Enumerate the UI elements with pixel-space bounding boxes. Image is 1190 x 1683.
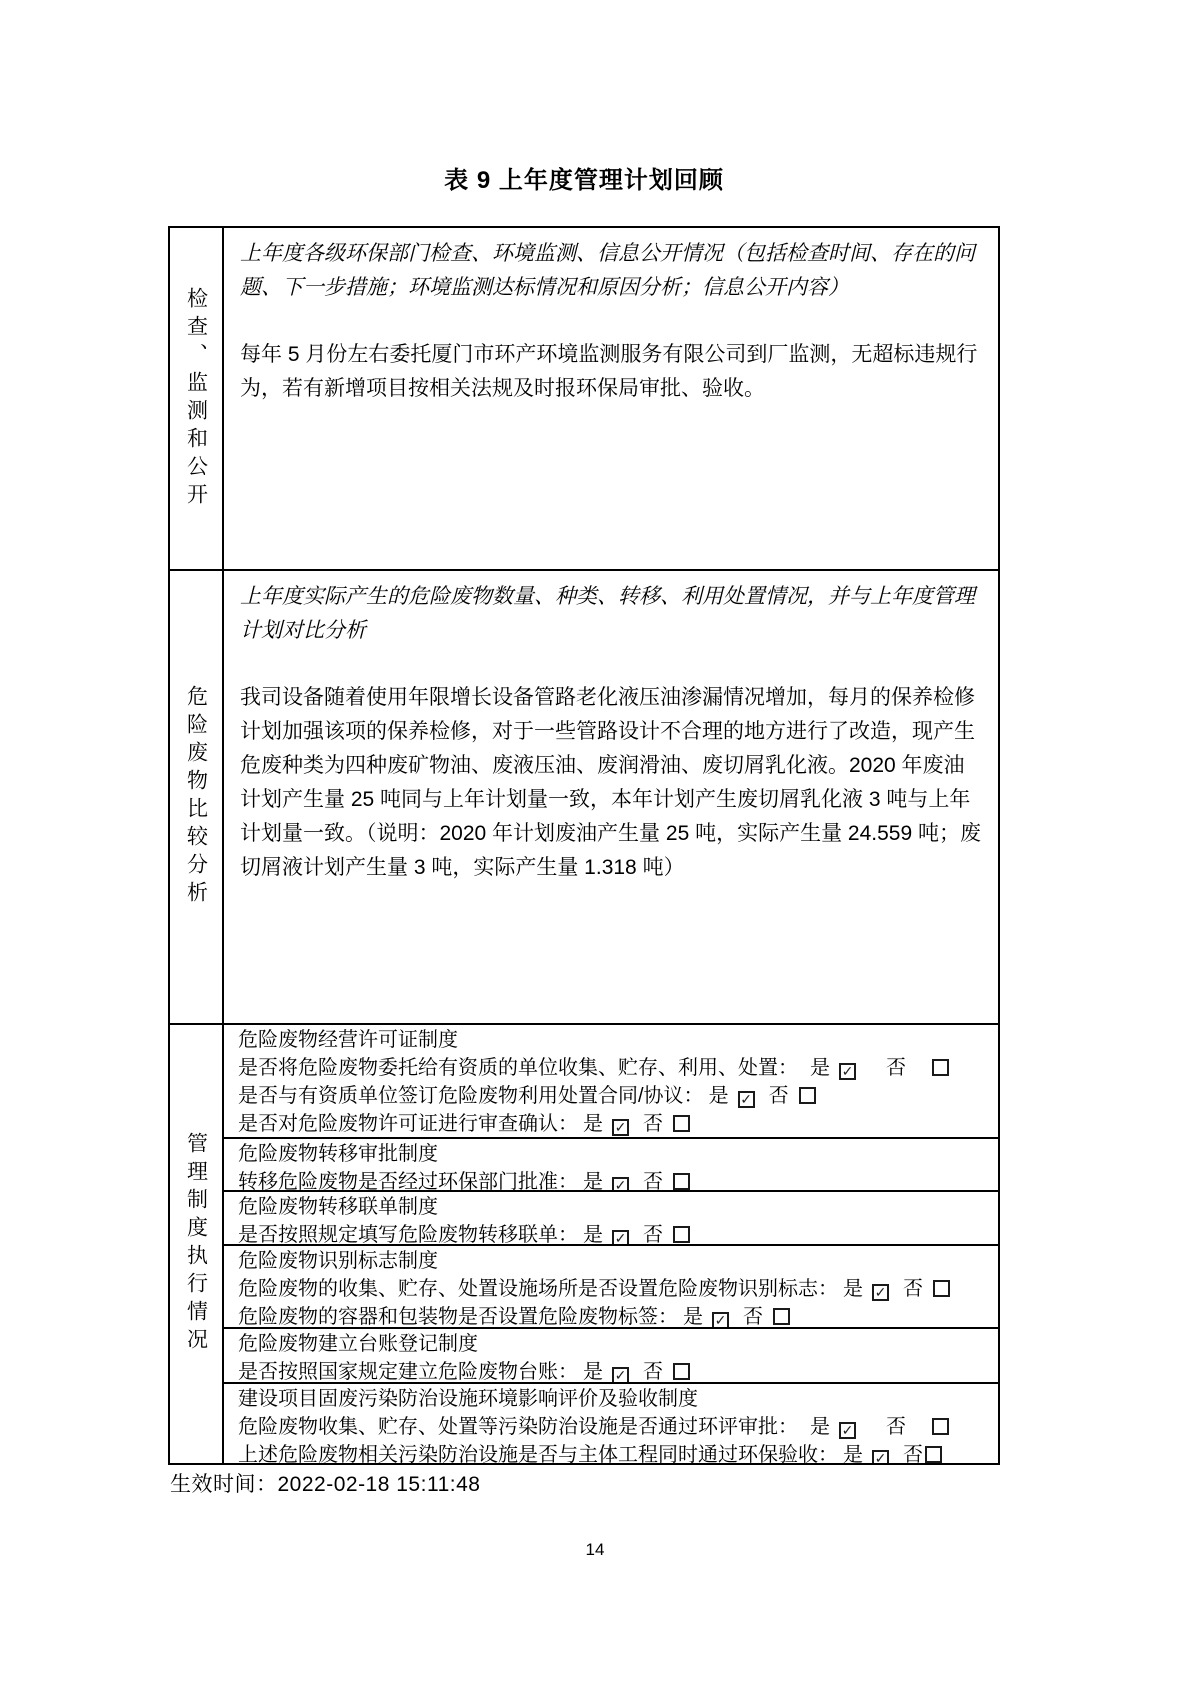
question-line: 危险废物收集、贮存、处置等污染防治设施是否通过环评审批：是✓否 <box>238 1413 984 1441</box>
question-line: 是否对危险废物许可证进行审查确认：是✓否 <box>238 1110 984 1137</box>
row-header-inspection: 检查、监测和公开 <box>170 228 224 569</box>
no-checkbox[interactable] <box>799 1087 816 1104</box>
yes-label: 是 <box>583 1361 603 1382</box>
yes-label: 是 <box>709 1085 729 1107</box>
no-label: 否 <box>643 1224 663 1244</box>
table-row-transfer-approval: 危险废物转移审批制度 转移危险废物是否经过环保部门批准：是✓否 <box>224 1137 998 1190</box>
prompt-text: 上年度实际产生的危险废物数量、种类、转移、利用处置情况，并与上年度管理计划对比分… <box>240 580 982 648</box>
yes-label: 是 <box>583 1224 603 1244</box>
question-text: 上述危险废物相关污染防治设施是否与主体工程同时通过环保验收： <box>238 1444 838 1463</box>
question-text: 是否按照规定填写危险废物转移联单： <box>238 1224 578 1244</box>
yes-label: 是 <box>583 1171 603 1190</box>
no-checkbox[interactable] <box>673 1115 690 1132</box>
yes-label: 是 <box>683 1306 703 1327</box>
yes-checkbox[interactable]: ✓ <box>612 1119 629 1136</box>
yes-checkbox[interactable]: ✓ <box>738 1091 755 1108</box>
table-row-eia-acceptance: 建设项目固废污染防治设施环境影响评价及验收制度 危险废物收集、贮存、处置等污染防… <box>224 1382 998 1463</box>
answer-text: 我司设备随着使用年限增长设备管路老化液压油渗漏情况增加，每月的保养检修计划加强该… <box>240 681 982 885</box>
no-label: 否 <box>886 1416 906 1438</box>
no-checkbox[interactable] <box>932 1059 949 1076</box>
yes-label: 是 <box>843 1444 863 1463</box>
no-label: 否 <box>903 1444 923 1463</box>
no-checkbox[interactable] <box>925 1446 942 1463</box>
subrow-title: 危险废物建立台账登记制度 <box>238 1330 984 1358</box>
row-header-label: 危险废物比较分析 <box>186 685 207 909</box>
table-row-identification-marks: 危险废物识别标志制度 危险废物的收集、贮存、处置设施场所是否设置危险废物识别标志… <box>224 1244 998 1327</box>
row-header-label: 检查、监测和公开 <box>186 287 207 511</box>
subrow-title: 危险废物转移联单制度 <box>238 1193 984 1221</box>
no-label: 否 <box>643 1171 663 1190</box>
page-number: 14 <box>0 1540 1190 1560</box>
question-line: 上述危险废物相关污染防治设施是否与主体工程同时通过环保验收：是✓否 <box>238 1441 984 1463</box>
question-text: 是否对危险废物许可证进行审查确认： <box>238 1113 578 1135</box>
table-row-systems: 管理制度执行情况 危险废物经营许可证制度 是否将危险废物委托给有资质的单位收集、… <box>170 1023 998 1463</box>
yes-checkbox[interactable]: ✓ <box>872 1450 889 1463</box>
question-line: 是否按照规定填写危险废物转移联单：是✓否 <box>238 1221 984 1244</box>
question-text: 是否与有资质单位签订危险废物利用处置合同/协议： <box>238 1085 704 1107</box>
question-text: 危险废物收集、贮存、处置等污染防治设施是否通过环评审批： <box>238 1416 798 1438</box>
question-text: 是否按照国家规定建立危险废物台账： <box>238 1361 578 1382</box>
prompt-text: 上年度各级环保部门检查、环境监测、信息公开情况（包括检查时间、存在的问题、下一步… <box>240 237 982 305</box>
yes-checkbox[interactable]: ✓ <box>612 1230 629 1244</box>
table-row-operating-license: 危险废物经营许可证制度 是否将危险废物委托给有资质的单位收集、贮存、利用、处置：… <box>224 1025 998 1137</box>
no-checkbox[interactable] <box>932 1418 949 1435</box>
question-line: 是否与有资质单位签订危险废物利用处置合同/协议：是✓否 <box>238 1082 984 1110</box>
row-content-comparison: 上年度实际产生的危险废物数量、种类、转移、利用处置情况，并与上年度管理计划对比分… <box>224 571 998 1023</box>
no-checkbox[interactable] <box>673 1363 690 1380</box>
no-checkbox[interactable] <box>773 1308 790 1325</box>
no-label: 否 <box>743 1306 763 1327</box>
no-label: 否 <box>643 1361 663 1382</box>
effective-time-label: 生效时间：2022-02-18 15:11:48 <box>170 1468 480 1498</box>
row-header-label: 管理制度执行情况 <box>186 1132 207 1356</box>
no-label: 否 <box>643 1113 663 1135</box>
yes-label: 是 <box>843 1278 863 1300</box>
no-checkbox[interactable] <box>673 1173 690 1190</box>
document-page: 表 9 上年度管理计划回顾 检查、监测和公开 上年度各级环保部门检查、环境监测、… <box>0 0 1190 1683</box>
management-plan-review-table: 检查、监测和公开 上年度各级环保部门检查、环境监测、信息公开情况（包括检查时间、… <box>168 226 1000 1465</box>
table-row-inspection: 检查、监测和公开 上年度各级环保部门检查、环境监测、信息公开情况（包括检查时间、… <box>170 228 998 569</box>
row-header-systems: 管理制度执行情况 <box>170 1025 224 1463</box>
answer-text: 每年 5 月份左右委托厦门市环产环境监测服务有限公司到厂监测，无超标违规行为，若… <box>240 338 982 406</box>
question-text: 危险废物的收集、贮存、处置设施场所是否设置危险废物识别标志： <box>238 1278 838 1300</box>
yes-checkbox[interactable]: ✓ <box>612 1177 629 1190</box>
yes-checkbox[interactable]: ✓ <box>839 1063 856 1080</box>
question-text: 危险废物的容器和包装物是否设置危险废物标签： <box>238 1306 678 1327</box>
yes-checkbox[interactable]: ✓ <box>712 1312 729 1327</box>
table-row-transfer-manifest: 危险废物转移联单制度 是否按照规定填写危险废物转移联单：是✓否 <box>224 1190 998 1244</box>
yes-checkbox[interactable]: ✓ <box>872 1284 889 1301</box>
no-checkbox[interactable] <box>673 1226 690 1243</box>
no-label: 否 <box>886 1057 906 1079</box>
table-row-comparison: 危险废物比较分析 上年度实际产生的危险废物数量、种类、转移、利用处置情况，并与上… <box>170 569 998 1023</box>
table-row-ledger-registration: 危险废物建立台账登记制度 是否按照国家规定建立危险废物台账：是✓否 <box>224 1327 998 1382</box>
question-text: 转移危险废物是否经过环保部门批准： <box>238 1171 578 1190</box>
question-line: 危险废物的收集、贮存、处置设施场所是否设置危险废物识别标志：是✓否 <box>238 1275 984 1303</box>
yes-checkbox[interactable]: ✓ <box>612 1367 629 1382</box>
question-line: 是否将危险废物委托给有资质的单位收集、贮存、利用、处置：是✓否 <box>238 1054 984 1082</box>
question-line: 转移危险废物是否经过环保部门批准：是✓否 <box>238 1168 984 1190</box>
subrow-title: 建设项目固废污染防治设施环境影响评价及验收制度 <box>238 1385 984 1413</box>
no-label: 否 <box>769 1085 789 1107</box>
question-text: 是否将危险废物委托给有资质的单位收集、贮存、利用、处置： <box>238 1057 798 1079</box>
row-header-comparison: 危险废物比较分析 <box>170 571 224 1023</box>
row-content-inspection: 上年度各级环保部门检查、环境监测、信息公开情况（包括检查时间、存在的问题、下一步… <box>224 228 998 569</box>
subrow-title: 危险废物转移审批制度 <box>238 1140 984 1168</box>
yes-label: 是 <box>810 1416 830 1438</box>
no-checkbox[interactable] <box>933 1280 950 1297</box>
question-line: 危险废物的容器和包装物是否设置危险废物标签：是✓否 <box>238 1303 984 1327</box>
yes-label: 是 <box>583 1113 603 1135</box>
yes-label: 是 <box>810 1057 830 1079</box>
no-label: 否 <box>903 1278 923 1300</box>
subrow-title: 危险废物经营许可证制度 <box>238 1026 984 1054</box>
subrow-title: 危险废物识别标志制度 <box>238 1247 984 1275</box>
row-content-systems: 危险废物经营许可证制度 是否将危险废物委托给有资质的单位收集、贮存、利用、处置：… <box>224 1025 998 1463</box>
page-title: 表 9 上年度管理计划回顾 <box>168 160 1000 195</box>
question-line: 是否按照国家规定建立危险废物台账：是✓否 <box>238 1358 984 1382</box>
yes-checkbox[interactable]: ✓ <box>839 1422 856 1439</box>
